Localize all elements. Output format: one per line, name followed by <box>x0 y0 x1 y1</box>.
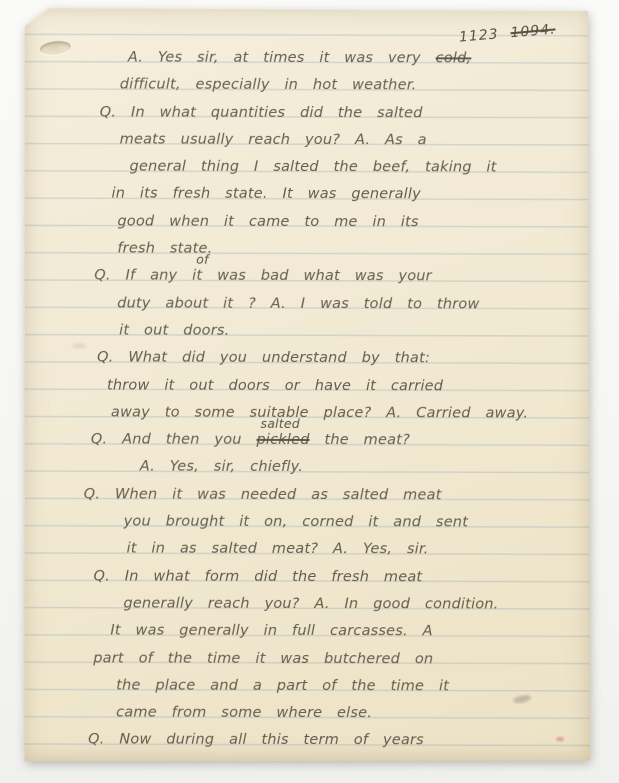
handwriting-text: generally reach you? A. In good conditio… <box>123 595 498 612</box>
handwriting-text: you brought it on, corned it and sent <box>124 514 469 531</box>
struck-text: cold, <box>436 50 472 66</box>
insertion-carrier: saltedpickled <box>256 432 309 448</box>
handwriting-line: Q. What did you understand by that: <box>24 345 591 374</box>
handwriting-line: part of the time it was butchered on <box>23 645 590 674</box>
inserted-word: salted <box>260 418 299 430</box>
handwriting-line: Q. Now during all this term of years <box>23 727 590 756</box>
handwriting-text: It was generally in full carcasses. A <box>110 623 432 640</box>
handwriting-line: It was generally in full carcasses. A <box>23 617 590 646</box>
handwriting-line: generally reach you? A. In good conditio… <box>23 590 590 619</box>
handwriting-line: meats usually reach you? A. As a <box>25 126 592 155</box>
handwriting-lines: A. Yes sir, at times it was very cold,di… <box>23 44 592 755</box>
handwriting-text: A. Yes sir, at times it was very <box>128 50 421 67</box>
handwriting-line: Q. And then you saltedpickled the meat? <box>24 426 591 455</box>
handwriting-line: Q. In what form did the fresh meat <box>23 563 590 592</box>
handwriting-line: in its fresh state. It was generally <box>24 181 591 210</box>
handwriting-text: Q. Now during all this term of years <box>88 732 424 749</box>
handwriting-line: duty about it ? A. I was told to throw <box>24 290 591 319</box>
struck-text: pickled <box>256 432 309 448</box>
handwriting-line: A. Yes, sir, chiefly. <box>24 454 591 483</box>
handwriting-text: part of the time it was butchered on <box>93 650 433 667</box>
handwriting-text: meats usually reach you? A. As a <box>120 131 427 148</box>
handwriting-text: came from some where else. <box>116 705 372 722</box>
page-number: 11231094. <box>459 21 557 45</box>
handwriting-text: the meat? <box>324 432 410 448</box>
handwriting-text: general thing I salted the beef, taking … <box>130 159 497 176</box>
handwriting-line: it in as salted meat? A. Yes, sir. <box>24 536 591 565</box>
handwriting-line: throw it out doors or have it carried <box>24 372 591 401</box>
handwriting-line: A. Yes sir, at times it was very cold, <box>25 44 592 73</box>
handwriting-text: it was bad what was your <box>192 268 432 285</box>
handwriting-line: it out doors. <box>24 317 591 346</box>
manuscript-paper-wrapper: 11231094. A. Yes sir, at times it was ve… <box>23 8 592 762</box>
handwriting-line: Q. When it was needed as salted meat <box>24 481 591 510</box>
handwriting-text: difficult, especially in hot weather. <box>120 77 417 94</box>
handwriting-line: fresh state. <box>24 235 591 264</box>
handwriting-text: Q. When it was needed as salted meat <box>84 486 442 503</box>
handwriting-text: good when it came to me in its <box>117 213 418 230</box>
handwriting-text: duty about it ? A. I was told to throw <box>117 295 479 312</box>
scanned-page-background: 11231094. A. Yes sir, at times it was ve… <box>0 0 619 783</box>
handwriting-text: Q. In what form did the fresh meat <box>93 568 422 585</box>
handwriting-text: it in as salted meat? A. Yes, sir. <box>127 541 429 558</box>
handwriting-line: good when it came to me in its <box>24 208 591 237</box>
handwriting-line: away to some suitable place? A. Carried … <box>24 399 591 428</box>
handwriting-line: general thing I salted the beef, taking … <box>25 153 592 182</box>
handwriting-text: A. Yes, sir, chiefly. <box>140 459 303 475</box>
handwriting-text: the place and a part of the time it <box>116 677 449 694</box>
page-number-current: 1123 <box>459 26 500 45</box>
handwriting-line: Q. In what quantities did the salted <box>25 99 592 128</box>
handwriting-line: difficult, especially in hot weather. <box>25 72 592 101</box>
page-number-struck: 1094. <box>510 21 556 41</box>
handwriting-text: away to some suitable place? A. Carried … <box>111 404 528 421</box>
insertion-carrier: ofit was bad what was your <box>192 268 432 285</box>
handwriting-text: Q. If any <box>94 268 177 284</box>
handwriting-line: the place and a part of the time it <box>23 672 590 701</box>
handwriting-line: you brought it on, corned it and sent <box>24 508 591 537</box>
manuscript-page: 11231094. A. Yes sir, at times it was ve… <box>23 8 592 762</box>
handwriting-text: in its fresh state. It was generally <box>111 186 420 203</box>
handwriting-text: Q. What did you understand by that: <box>97 350 430 367</box>
handwriting-line: Q. If any ofit was bad what was your <box>24 263 591 292</box>
handwriting-text: Q. And then you <box>91 432 242 448</box>
handwriting-text: it out doors. <box>119 322 229 338</box>
handwriting-text: throw it out doors or have it carried <box>107 377 443 394</box>
handwriting-text: Q. In what quantities did the salted <box>100 104 423 121</box>
handwriting-line: came from some where else. <box>23 699 590 728</box>
inserted-word: of <box>196 254 208 266</box>
